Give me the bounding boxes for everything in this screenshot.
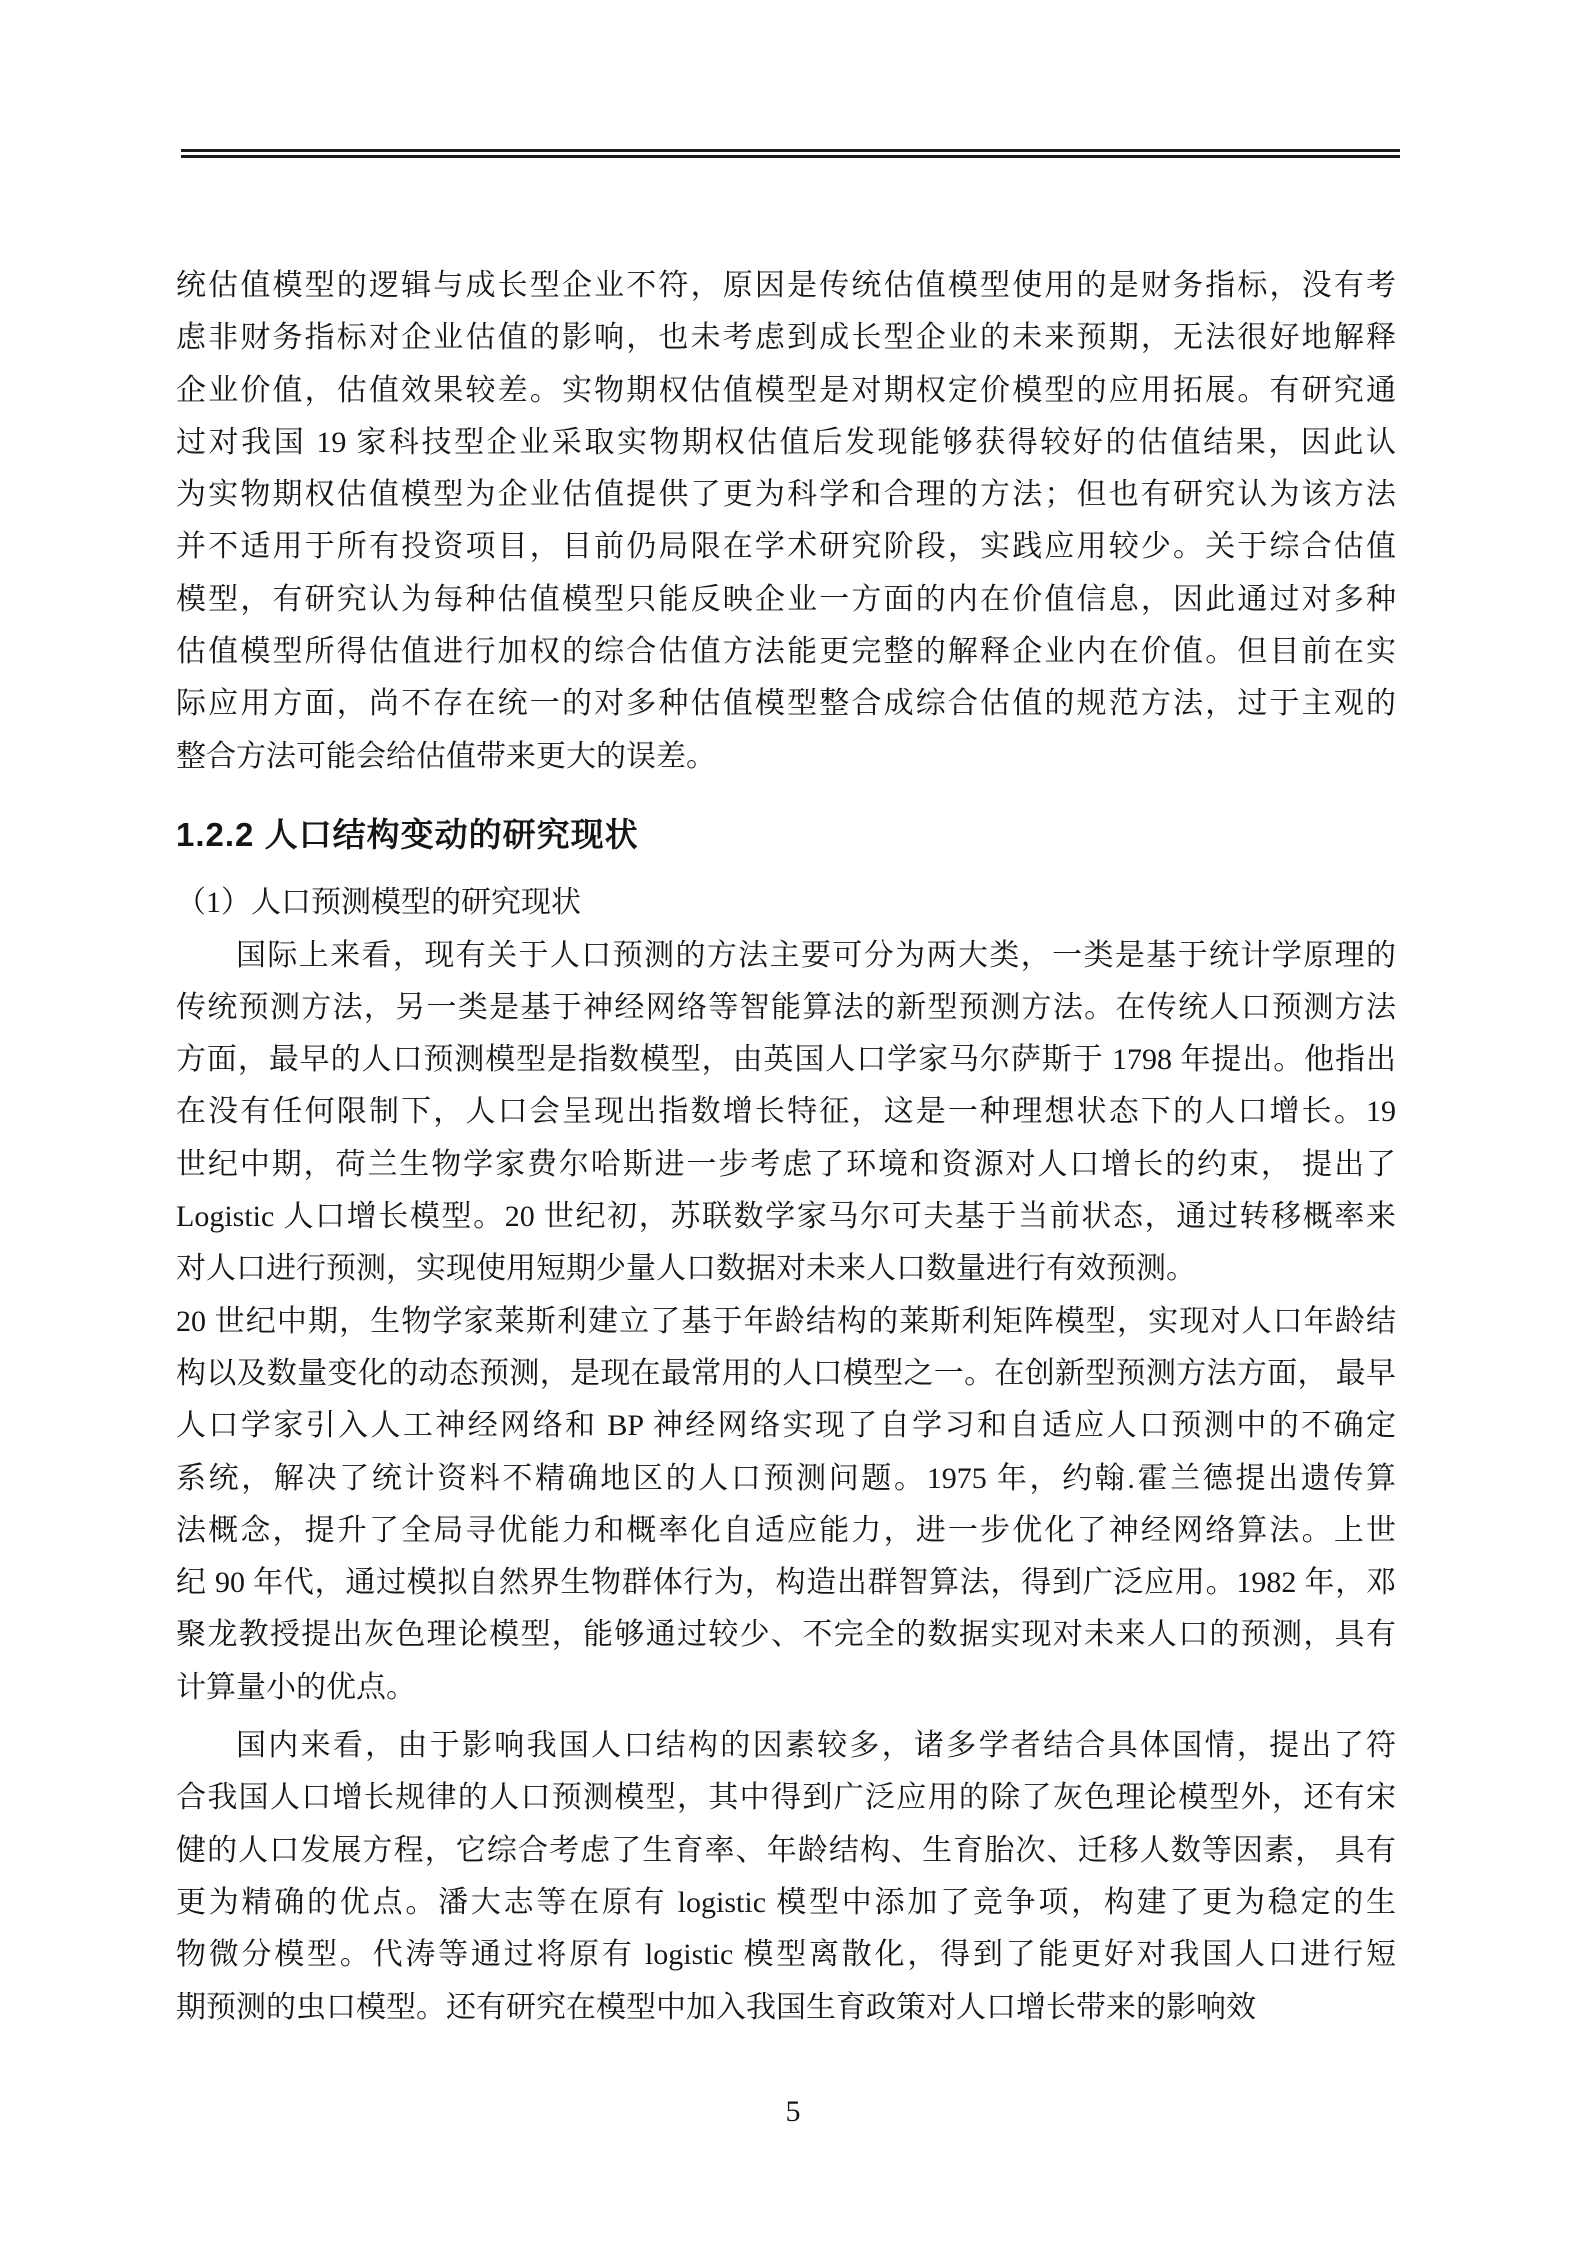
section-heading-1-2-2: 1.2.2 人口结构变动的研究现状 [176,809,1396,861]
paragraph-valuation-models: 统估值模型的逻辑与成长型企业不符，原因是传统估值模型使用的是财务指标，没有考 虑… [176,260,1396,783]
body-line: 构以及数量变化的动态预测，是现在最常用的人口模型之一。在创新型预测方法方面， 最… [176,1348,1396,1400]
paragraph-domestic-research: 国内来看，由于影响我国人口结构的因素较多，诸多学者结合具体国情，提出了符 合我国… [176,1720,1396,2034]
body-line: 国际上来看，现有关于人口预测的方法主要可分为两大类，一类是基于统计学原理的 [176,930,1396,982]
page-content: 统估值模型的逻辑与成长型企业不符，原因是传统估值模型使用的是财务指标，没有考 虑… [176,260,1396,2034]
body-line: 健的人口发展方程，它综合考虑了生育率、年龄结构、生育胎次、迁移人数等因素， 具有 [176,1825,1396,1877]
body-line: 在没有任何限制下，人口会呈现出指数增长特征，这是一种理想状态下的人口增长。19 [176,1086,1396,1138]
body-line: 估值模型所得估值进行加权的综合估值方法能更完整的解释企业内在价值。但目前在实 [176,626,1396,678]
body-line: 整合方法可能会给估值带来更大的误差。 [176,731,1396,783]
body-line: 传统预测方法，另一类是基于神经网络等智能算法的新型预测方法。在传统人口预测方法 [176,982,1396,1034]
body-line: 际应用方面，尚不存在统一的对多种估值模型整合成综合估值的规范方法，过于主观的 [176,678,1396,730]
header-separator-rule [181,149,1400,158]
body-line: Logistic 人口增长模型。20 世纪初，苏联数学家马尔可夫基于当前状态，通… [176,1191,1396,1243]
body-line: 对人口进行预测，实现使用短期少量人口数据对未来人口数量进行有效预测。 [176,1243,1396,1295]
paragraph-international-research: 国际上来看，现有关于人口预测的方法主要可分为两大类，一类是基于统计学原理的 传统… [176,930,1396,1714]
subsection-heading-population-forecast: （1）人口预测模型的研究现状 [176,877,1396,929]
body-line: 更为精确的优点。潘大志等在原有 logistic 模型中添加了竞争项，构建了更为… [176,1877,1396,1929]
body-line: 企业价值，估值效果较差。实物期权估值模型是对期权定价模型的应用拓展。有研究通 [176,365,1396,417]
body-line: 期预测的虫口模型。还有研究在模型中加入我国生育政策对人口增长带来的影响效 [176,1982,1396,2034]
body-line: 虑非财务指标对企业估值的影响，也未考虑到成长型企业的未来预期，无法很好地解释 [176,312,1396,364]
page-number: 5 [0,2094,1586,2130]
body-line: 法概念，提升了全局寻优能力和概率化自适应能力，进一步优化了神经网络算法。上世 [176,1505,1396,1557]
body-line: 系统，解决了统计资料不精确地区的人口预测问题。1975 年，约翰.霍兰德提出遗传… [176,1453,1396,1505]
body-line: 聚龙教授提出灰色理论模型，能够通过较少、不完全的数据实现对未来人口的预测，具有 [176,1609,1396,1661]
body-line: 合我国人口增长规律的人口预测模型，其中得到广泛应用的除了灰色理论模型外，还有宋 [176,1772,1396,1824]
body-line: 模型，有研究认为每种估值模型只能反映企业一方面的内在价值信息，因此通过对多种 [176,574,1396,626]
body-line: 世纪中期，荷兰生物学家费尔哈斯进一步考虑了环境和资源对人口增长的约束， 提出了 [176,1139,1396,1191]
body-line: 国内来看，由于影响我国人口结构的因素较多，诸多学者结合具体国情，提出了符 [176,1720,1396,1772]
body-line: 方面，最早的人口预测模型是指数模型，由英国人口学家马尔萨斯于 1798 年提出。… [176,1034,1396,1086]
body-line: 人口学家引入人工神经网络和 BP 神经网络实现了自学习和自适应人口预测中的不确定 [176,1400,1396,1452]
body-line: 过对我国 19 家科技型企业采取实物期权估值后发现能够获得较好的估值结果，因此认 [176,417,1396,469]
body-line: 物微分模型。代涛等通过将原有 logistic 模型离散化，得到了能更好对我国人… [176,1929,1396,1981]
body-line: 纪 90 年代，通过模拟自然界生物群体行为，构造出群智算法，得到广泛应用。198… [176,1557,1396,1609]
body-line: 并不适用于所有投资项目，目前仍局限在学术研究阶段，实践应用较少。关于综合估值 [176,521,1396,573]
body-line: 20 世纪中期，生物学家莱斯利建立了基于年龄结构的莱斯利矩阵模型，实现对人口年龄… [176,1296,1396,1348]
document-page: 统估值模型的逻辑与成长型企业不符，原因是传统估值模型使用的是财务指标，没有考 虑… [0,0,1586,2244]
body-line: 统估值模型的逻辑与成长型企业不符，原因是传统估值模型使用的是财务指标，没有考 [176,260,1396,312]
body-line: 为实物期权估值模型为企业估值提供了更为科学和合理的方法；但也有研究认为该方法 [176,469,1396,521]
body-line: 计算量小的优点。 [176,1662,1396,1714]
